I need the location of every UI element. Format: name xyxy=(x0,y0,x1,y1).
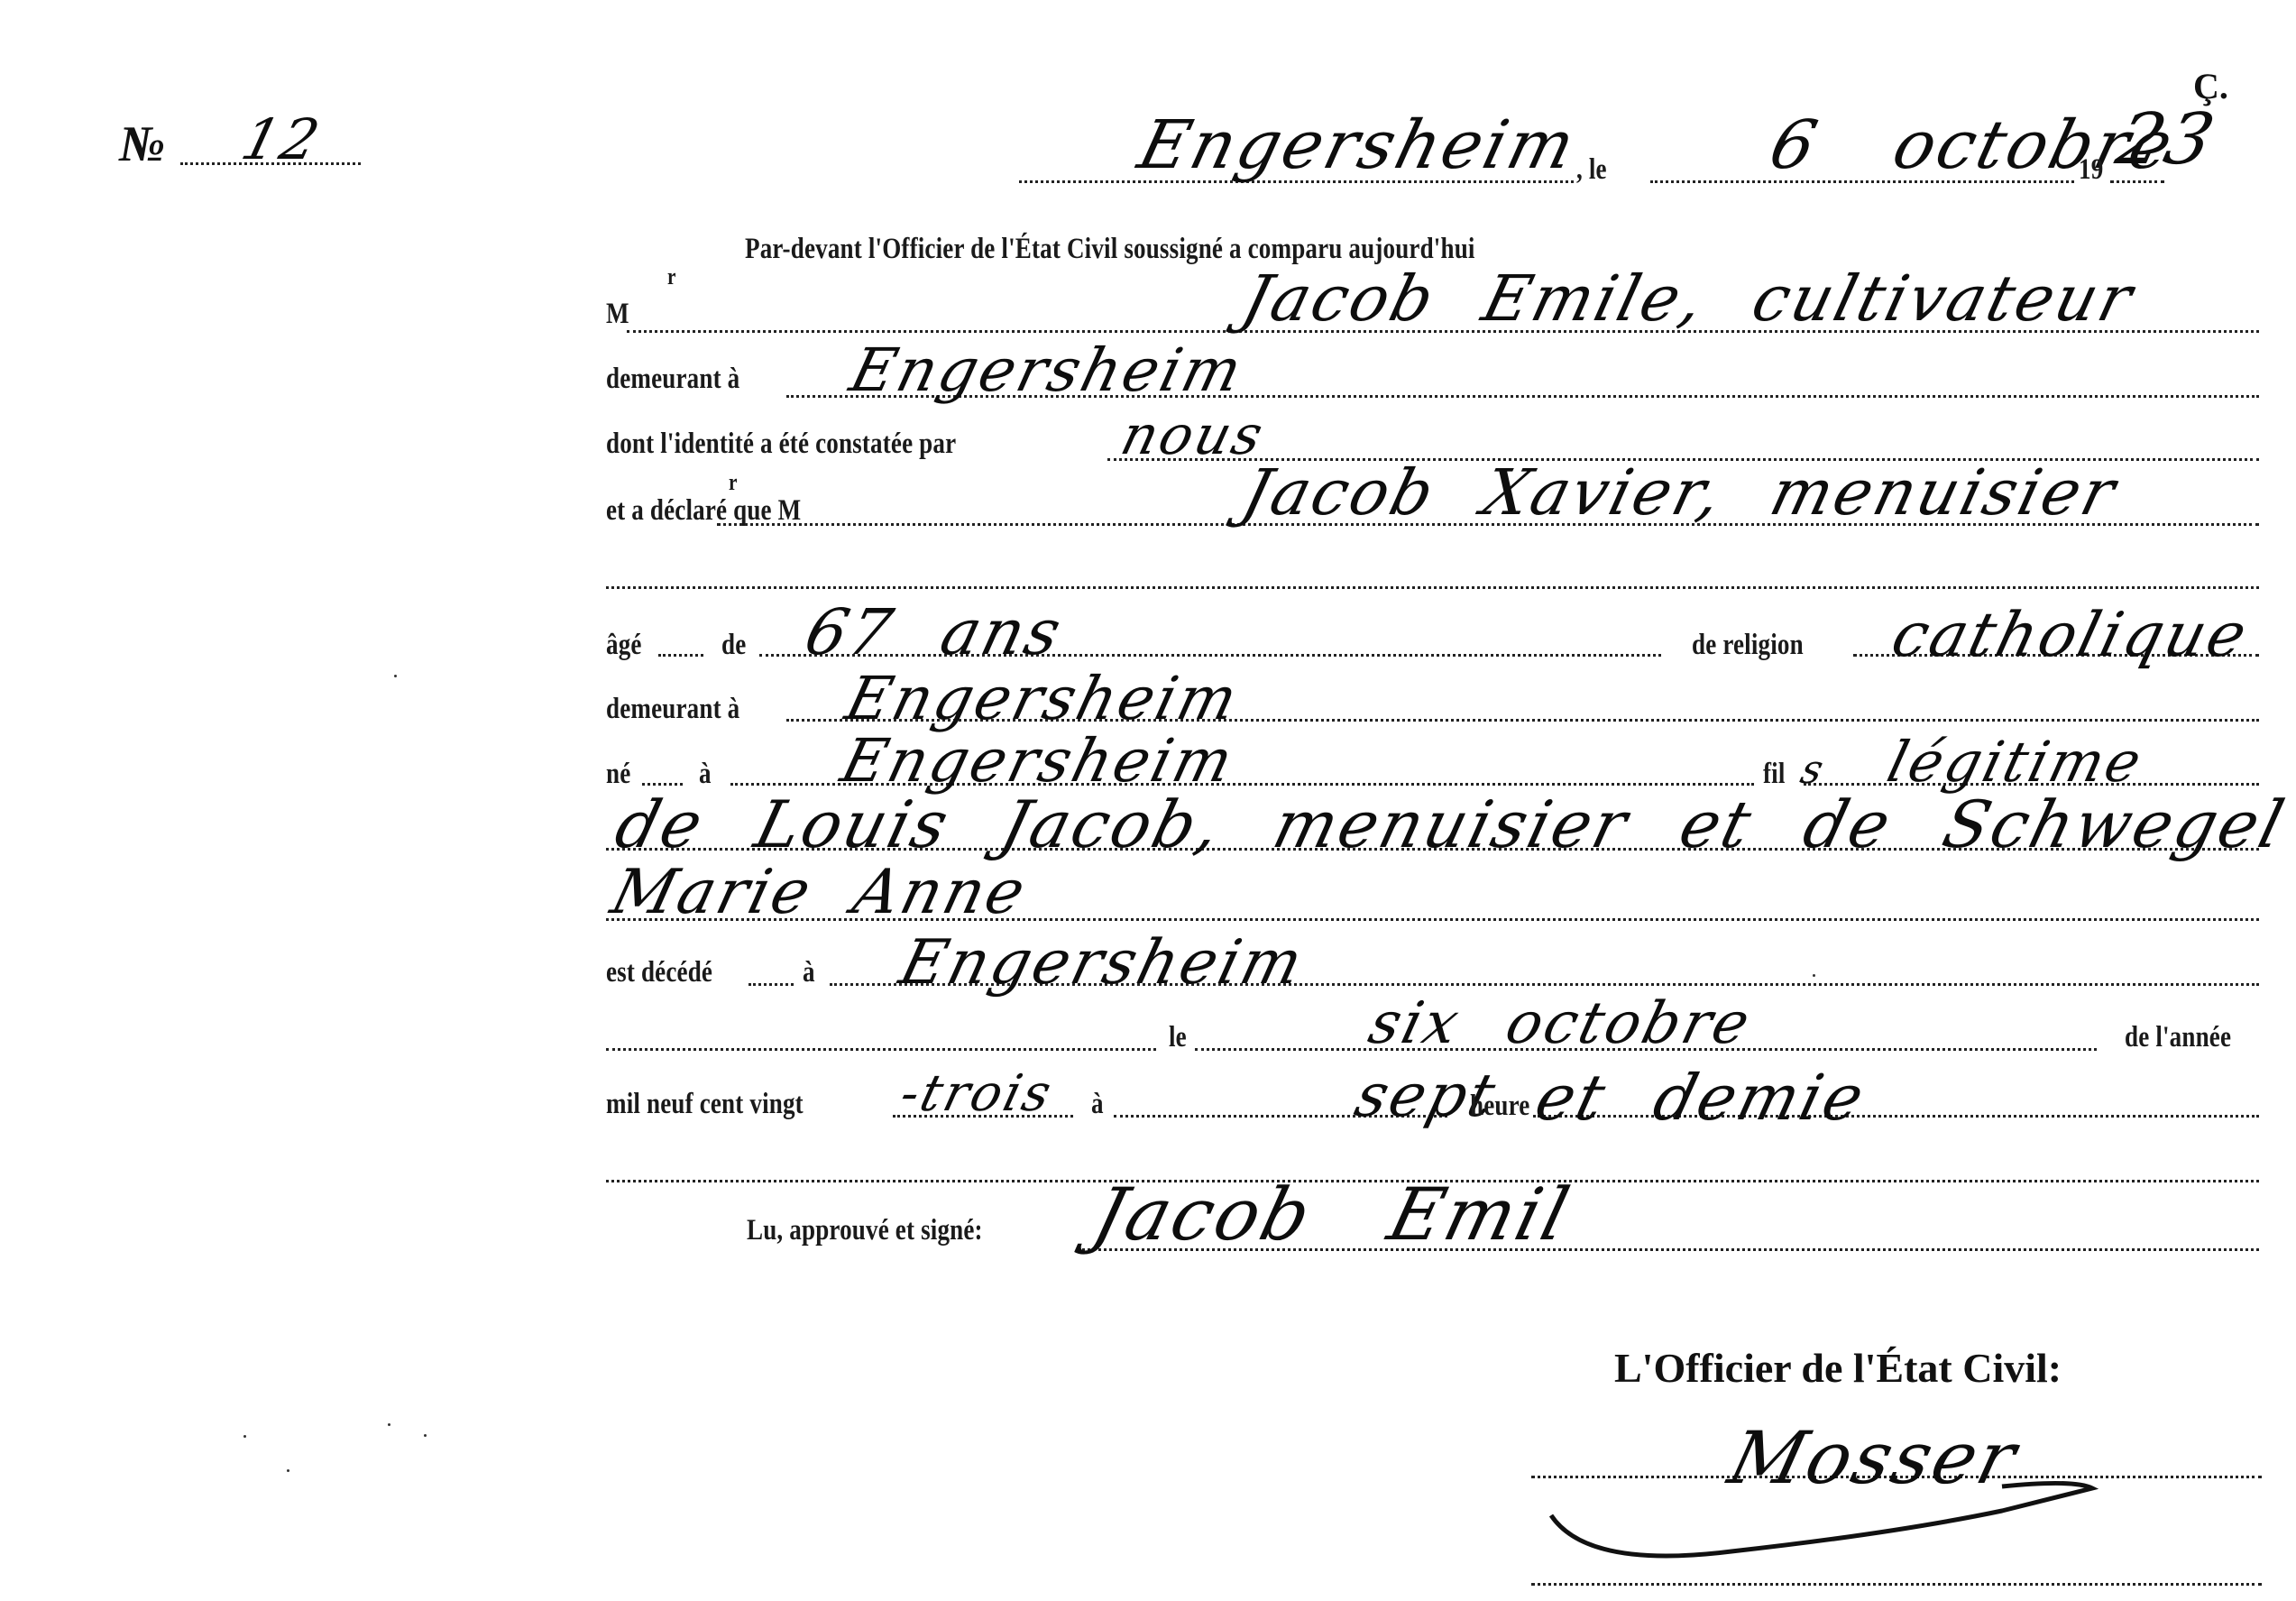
deceased-value: Jacob Xavier, menuisier xyxy=(1235,455,2125,529)
age-value: 67 ans xyxy=(798,595,1071,669)
declarant-value: Jacob Emile, cultivateur xyxy=(1235,262,2142,336)
scan-speck xyxy=(388,1423,390,1426)
officer-bottom-line xyxy=(1531,1583,2262,1586)
approval-label: Lu, approuvé et signé: xyxy=(747,1214,983,1247)
son-value: légitime xyxy=(1881,729,2150,795)
death-date-le-label: le xyxy=(1169,1021,1187,1054)
header-year-suffix: 23 xyxy=(2109,99,2225,180)
scan-speck xyxy=(394,675,397,677)
declarant-label: M xyxy=(606,298,629,331)
death-record-page: Ç. № 12 Engersheim , le 6 octobre 19 23 … xyxy=(0,0,2296,1601)
died-dots-1 xyxy=(748,983,794,986)
declarant-residence-value: Engersheim xyxy=(843,336,1251,405)
scan-speck xyxy=(1813,974,1815,977)
scan-speck xyxy=(424,1434,427,1437)
declarant-residence-label: demeurant à xyxy=(606,363,739,396)
death-date-value: six octobre xyxy=(1363,990,1759,1057)
declared-sup: r xyxy=(729,469,738,496)
deceased-residence-label: demeurant à xyxy=(606,693,739,726)
header-year-prefix: 19 xyxy=(2079,153,2103,187)
death-date-pre-line xyxy=(606,1048,1156,1051)
scan-speck xyxy=(243,1435,246,1438)
parents-line-2: Marie Anne xyxy=(604,857,1034,928)
record-number-label: № xyxy=(119,115,165,173)
deceased-residence-value: Engersheim xyxy=(839,664,1246,733)
born-value: Engersheim xyxy=(834,726,1242,796)
year-words-label: mil neuf cent vingt xyxy=(606,1088,804,1121)
year-label: de l'année xyxy=(2125,1021,2231,1054)
declarant-signature: Jacob Emil xyxy=(1085,1173,1579,1256)
age-label-2: de xyxy=(721,629,746,662)
year-words-value: -trois xyxy=(895,1064,1060,1123)
hour-label: heure xyxy=(1470,1090,1529,1123)
religion-label: de religion xyxy=(1692,629,1804,662)
age-label-1: âgé xyxy=(606,629,642,662)
age-dots-1 xyxy=(658,654,703,657)
blank-line-1 xyxy=(606,586,2259,589)
born-dots-1 xyxy=(642,783,683,786)
parents-line-1: de Louis Jacob, menuisier et de Schwegel xyxy=(609,787,2294,862)
scan-speck xyxy=(287,1469,289,1472)
died-place-value: Engersheim xyxy=(893,927,1312,998)
header-place-value: Engersheim xyxy=(1131,106,1584,184)
at-label: à xyxy=(1091,1088,1104,1121)
header-year-line xyxy=(2110,180,2164,183)
officer-signature-flourish xyxy=(1533,1461,2218,1560)
hour-extra-value: et demie xyxy=(1529,1061,1874,1135)
record-number-value: 12 xyxy=(235,106,328,172)
identity-label: dont l'identité a été constatée par xyxy=(606,428,956,461)
declarant-sup: r xyxy=(667,263,676,290)
identity-value: nous xyxy=(1115,404,1272,467)
died-label-1: est décédé xyxy=(606,956,712,989)
religion-value: catholique xyxy=(1885,600,2255,671)
died-label-2: à xyxy=(803,956,815,989)
header-le-label: , le xyxy=(1576,153,1607,187)
officer-title: L'Officier de l'État Civil: xyxy=(1614,1344,2062,1392)
